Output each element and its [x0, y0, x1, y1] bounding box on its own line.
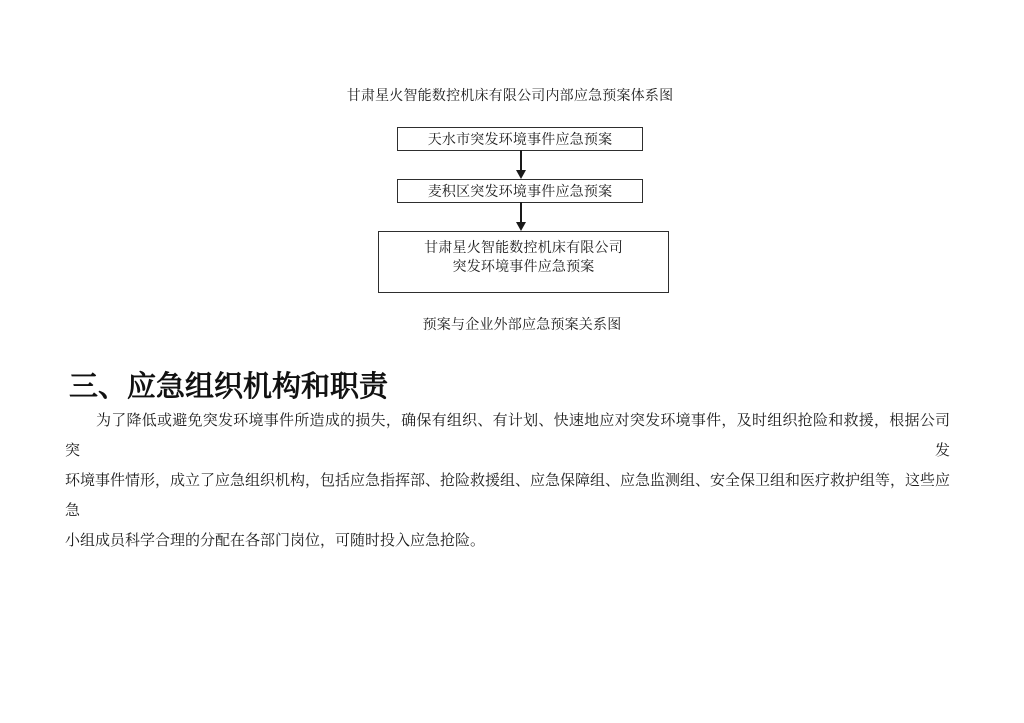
connector-line	[520, 150, 522, 171]
figure-caption: 预案与企业外部应急预案关系图	[322, 314, 722, 334]
flow-node-company-plan-label-line1: 甘肃星火智能数控机床有限公司	[424, 239, 623, 258]
flow-node-company-plan-label-line2: 突发环境事件应急预案	[453, 258, 595, 277]
connector-line	[520, 202, 522, 223]
figure-title: 甘肃星火智能数控机床有限公司内部应急预案体系图	[260, 88, 760, 105]
document-page: 甘肃星火智能数控机床有限公司内部应急预案体系图 天水市突发环境事件应急预案 麦积…	[0, 0, 1024, 723]
arrow-down-icon	[516, 222, 526, 231]
flow-node-district-plan: 麦积区突发环境事件应急预案	[397, 179, 643, 203]
paragraph-line: 为了降低或避免突发环境事件所造成的损失，确保有组织、有计划、快速地应对突发环境事…	[65, 406, 950, 466]
flow-node-district-plan-label: 麦积区突发环境事件应急预案	[428, 181, 613, 201]
paragraph-line: 环境事件情形，成立了应急组织机构，包括应急指挥部、抢险救援组、应急保障组、应急监…	[65, 466, 950, 526]
arrow-down-icon	[516, 170, 526, 179]
flow-node-company-plan: 甘肃星火智能数控机床有限公司 突发环境事件应急预案	[378, 231, 669, 293]
paragraph-line: 小组成员科学合理的分配在各部门岗位，可随时投入应急抢险。	[65, 526, 950, 556]
flow-node-city-plan: 天水市突发环境事件应急预案	[397, 127, 643, 151]
body-paragraph: 为了降低或避免突发环境事件所造成的损失，确保有组织、有计划、快速地应对突发环境事…	[65, 406, 950, 556]
section-heading: 三、应急组织机构和职责	[69, 369, 388, 405]
flow-node-city-plan-label: 天水市突发环境事件应急预案	[428, 129, 613, 149]
